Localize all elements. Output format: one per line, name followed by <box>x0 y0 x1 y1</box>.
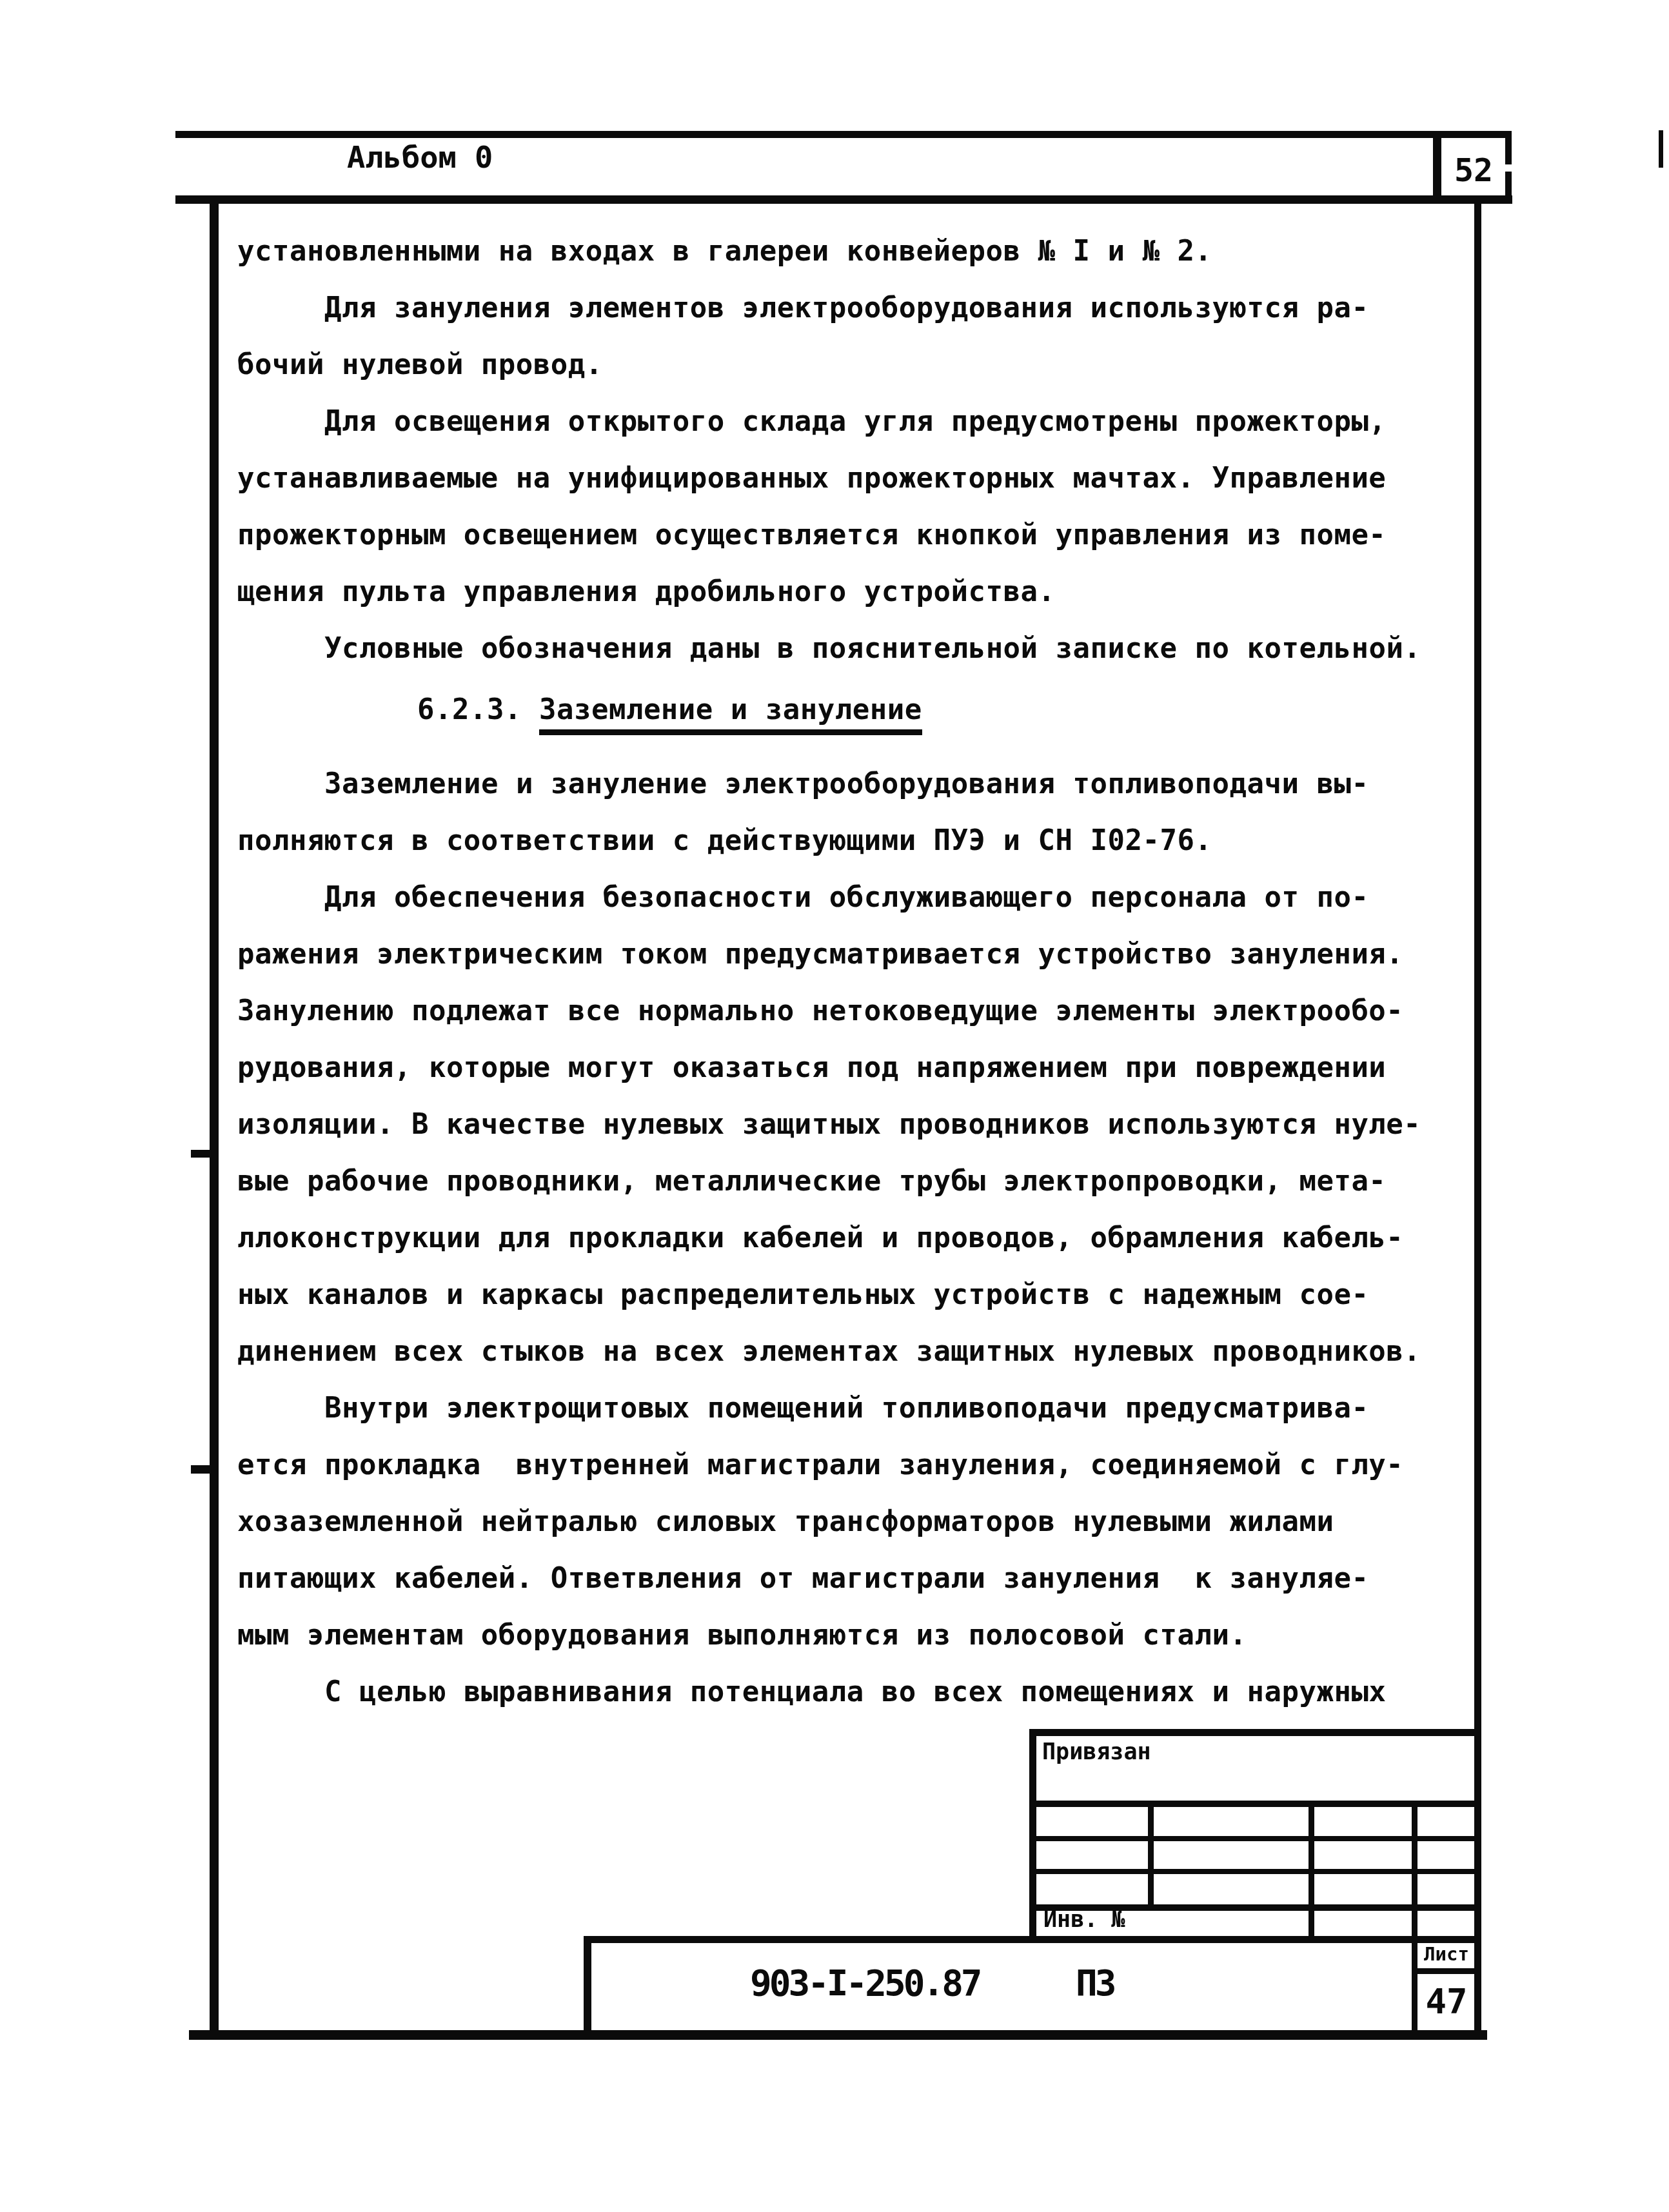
fold-mark-upper <box>191 1150 212 1158</box>
body-line: мым элементам оборудования выполняются и… <box>237 1621 1247 1650</box>
body-line: Для обеспечения безопасности обслуживающ… <box>324 884 1368 912</box>
body-line: ных каналов и каркасы распределительных … <box>237 1281 1368 1309</box>
titleblock-col-divider-2 <box>1309 1801 1314 1936</box>
stamp-sheet-label-divider <box>1412 1968 1481 1974</box>
body-line: бочий нулевой провод. <box>237 351 603 379</box>
body-line: С целью выравнивания потенциала во всех … <box>324 1678 1386 1706</box>
titleblock-top-rule <box>1029 1729 1481 1736</box>
body-line: полняются в соответствии с действующими … <box>237 827 1212 855</box>
stamp-sheet-label: Лист <box>1417 1940 1476 1968</box>
stamp-top-rule <box>584 1936 1481 1943</box>
body-line: установленными на входах в галереи конве… <box>237 237 1212 266</box>
fold-mark-lower <box>191 1465 213 1474</box>
body-line: устанавливаемые на унифицированных проже… <box>237 464 1386 493</box>
album-title: Альбом 0 <box>347 143 493 173</box>
page-number: 52 <box>1441 139 1506 201</box>
frame-left-border <box>210 195 219 2040</box>
scanned-document-page: Альбом 0 52 установленными на входах в г… <box>0 0 1669 2212</box>
stamp-sheet-col-divider <box>1412 1936 1417 2030</box>
page-edge-mark <box>1659 130 1663 168</box>
body-line: динением всех стыков на всех элементах з… <box>237 1338 1421 1366</box>
stamp-sheet-number: 47 <box>1417 1974 1476 2028</box>
header-bottom-rule <box>175 195 1512 204</box>
body-line: Для освещения открытого склада угля пред… <box>324 408 1386 436</box>
stamp-left-border <box>584 1936 591 2030</box>
body-line: Занулению подлежат все нормально нетоков… <box>237 997 1403 1025</box>
body-line: прожекторным освещением осуществляется к… <box>237 521 1386 549</box>
body-line: вые рабочие проводники, металлические тр… <box>237 1167 1386 1196</box>
body-line: рудования, которые могут оказаться под н… <box>237 1054 1386 1082</box>
section-heading-underlined-text: Заземление и зануление <box>539 693 922 735</box>
body-line: хозаземленной нейтралью силовых трансфор… <box>237 1508 1334 1536</box>
body-line: щения пульта управления дробильного устр… <box>237 578 1056 606</box>
body-line: Внутри электрощитовых помещений топливоп… <box>324 1394 1368 1423</box>
body-line: ется прокладка внутренней магистрали зан… <box>237 1451 1403 1479</box>
body-line: изоляции. В качестве нулевых защитных пр… <box>237 1111 1421 1139</box>
header-top-rule <box>175 131 1511 138</box>
body-line: ражения электрическим током предусматрив… <box>237 940 1403 969</box>
titleblock-col-divider-1 <box>1148 1801 1154 1904</box>
page-number-box-right-line-top <box>1505 131 1512 164</box>
titleblock-binding-label: Привязан <box>1042 1741 1151 1764</box>
body-line: Условные обозначения даны в пояснительно… <box>324 635 1421 663</box>
body-line: Заземление и зануление электрооборудован… <box>324 770 1368 798</box>
stamp-doc-code: ПЗ <box>1076 1966 1114 2002</box>
body-line: Для зануления элементов электрооборудова… <box>324 294 1368 322</box>
section-heading: 6.2.3. Заземление и зануление <box>417 696 922 724</box>
page-number-box-right-line-bottom <box>1505 172 1512 204</box>
section-number: 6.2.3. <box>417 693 539 726</box>
titleblock-inventory-label: Инв. № <box>1043 1909 1125 1931</box>
frame-bottom-border <box>189 2030 1487 2040</box>
frame-right-border <box>1474 195 1481 2040</box>
body-line: ллоконструкции для прокладки кабелей и п… <box>237 1224 1403 1252</box>
page-number-box-left-line <box>1433 131 1441 204</box>
body-line: питающих кабелей. Ответвления от магистр… <box>237 1565 1368 1593</box>
titleblock-col-divider-3 <box>1412 1801 1417 1936</box>
stamp-doc-number: 903-I-250.87 <box>750 1966 980 2002</box>
